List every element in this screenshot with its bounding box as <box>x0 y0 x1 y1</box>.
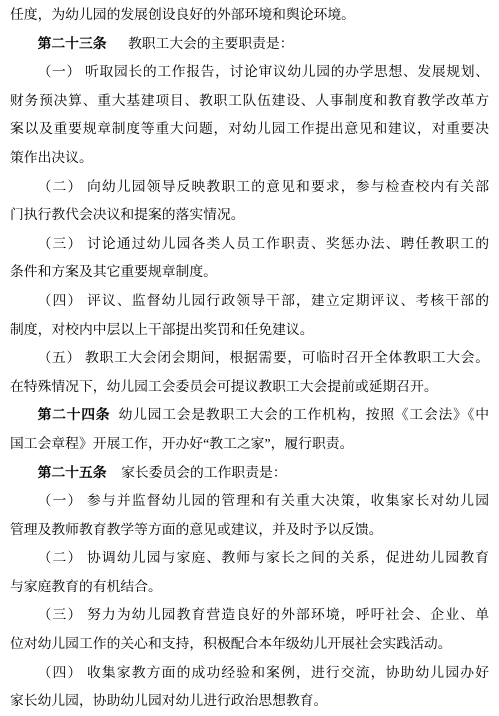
article-24-heading: 第二十四条幼儿园工会是教职工大会的工作机构，按照《工会法》《中 <box>10 401 489 430</box>
article-heading-text: 教职工大会的主要职责是： <box>128 36 294 51</box>
item-2-line: （二） 向幼儿园领导反映教职工的意见和要求，参与检查校内有关部 <box>10 173 489 202</box>
item-1-line: （一） 参与并监督幼儿园的管理和有关重大决策，收集家长对幼儿园 <box>10 487 489 516</box>
item-4-line: （四） 评议、监督幼儿园行政领导干部，建立定期评议、考核干部的 <box>10 287 489 316</box>
article-number: 第二十四条 <box>38 407 111 422</box>
item-5-line: （五） 教职工大会闭会期间，根据需要，可临时召开全体教职工大会。 <box>10 344 489 373</box>
paragraph-line: 策作出决议。 <box>10 144 489 173</box>
paragraph-line: 任度，为幼儿园的发展创设良好的外部环境和舆论环境。 <box>10 1 489 30</box>
item-3-line: （三） 讨论通过幼儿园各类人员工作职责、奖惩办法、聘任教职工的 <box>10 230 489 259</box>
paragraph-line: 家长幼儿园，协助幼儿园对幼儿进行政治思想教育。 <box>10 687 489 716</box>
paragraph-line: 管理及教师教育教学等方面的意见或建议，并及时予以反馈。 <box>10 516 489 545</box>
item-2-line: （二） 协调幼儿园与家庭、教师与家长之间的关系，促进幼儿园教育 <box>10 544 489 573</box>
article-number: 第二十五条 <box>38 465 107 480</box>
paragraph-line: 财务预决算、重大基建项目、教职工队伍建设、人事制度和教育教学改革方 <box>10 87 489 116</box>
item-4-line: （四） 收集家教方面的成功经验和案例，进行交流，协助幼儿园办好 <box>10 659 489 688</box>
article-23-heading: 第二十三条教职工大会的主要职责是： <box>10 30 489 59</box>
paragraph-line: 位对幼儿园工作的关心和支持，积极配合本年级幼儿开展社会实践活动。 <box>10 630 489 659</box>
paragraph-line: 条件和方案及其它重要规章制度。 <box>10 258 489 287</box>
item-3-line: （三） 努力为幼儿园教育营造良好的外部环境，呼吁社会、企业、单 <box>10 601 489 630</box>
paragraph-line: 国工会章程》开展工作，开办好“教工之家”，履行职责。 <box>10 430 489 459</box>
paragraph-line: 门执行教代会决议和提案的落实情况。 <box>10 201 489 230</box>
paragraph-line: 在特殊情况下，幼儿园工会委员会可提议教职工大会提前或延期召开。 <box>10 373 489 402</box>
paragraph-line: 案以及重要规章制度等重大问题，对幼儿园工作提出意见和建议，对重要决 <box>10 115 489 144</box>
item-1-line: （一） 听取园长的工作报告，讨论审议幼儿园的办学思想、发展规划、 <box>10 58 489 87</box>
article-text: 幼儿园工会是教职工大会的工作机构，按照《工会法》《中 <box>119 407 489 422</box>
document-page: 任度，为幼儿园的发展创设良好的外部环境和舆论环境。 第二十三条教职工大会的主要职… <box>0 0 499 716</box>
article-heading-text: 家长委员会的工作职责是： <box>121 465 287 480</box>
article-25-heading: 第二十五条家长委员会的工作职责是： <box>10 459 489 488</box>
paragraph-line: 与家庭教育的有机结合。 <box>10 573 489 602</box>
paragraph-line: 制度，对校内中层以上干部提出奖罚和任免建议。 <box>10 316 489 345</box>
article-number: 第二十三条 <box>38 36 107 51</box>
